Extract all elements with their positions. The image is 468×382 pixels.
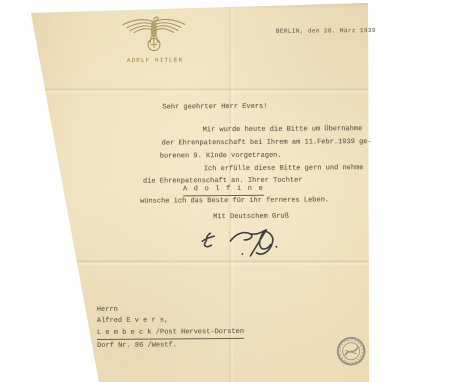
round-stamp-icon: [332, 332, 371, 371]
letter-photo: ADOLF HITLER BERLIN, den 28. März 1939 S…: [0, 0, 468, 382]
body-line: der Ehrenpatenschaft bei Ihrem am 11.Feb…: [162, 138, 372, 148]
recipient-place: L e m b e c k /Post Hervest-Dorsten: [97, 328, 244, 340]
letterhead-name: ADOLF HITLER: [117, 55, 193, 65]
eagle-emblem-icon: [120, 12, 188, 54]
daughter-name: A d o l f i n e: [183, 185, 264, 197]
signature-ink-icon: [198, 226, 298, 263]
recipient-title: Herrn: [97, 306, 118, 315]
recipient-name: Alfred E v e r s,: [97, 316, 168, 325]
salutation: Sehr geehrter Herr Evers!: [162, 103, 267, 113]
body-line: Mir wurde heute die Bitte um Übernahme: [203, 125, 363, 135]
body-line: Ich erfülle diese Bitte gern und nehme: [204, 164, 364, 174]
letter-content: ADOLF HITLER BERLIN, den 28. März 1939 S…: [0, 0, 468, 382]
dateline: BERLIN, den 28. März 1939: [276, 26, 376, 36]
closing: Mit Deutschem Gruß: [213, 213, 289, 223]
recipient-street: Dorf Nr. 86 /Westf.: [97, 341, 177, 351]
body-line: borenen 9. Kinde vorgetragen.: [160, 152, 282, 162]
body-line: wünsche ich das Beste für ihr ferneres L…: [140, 196, 329, 206]
